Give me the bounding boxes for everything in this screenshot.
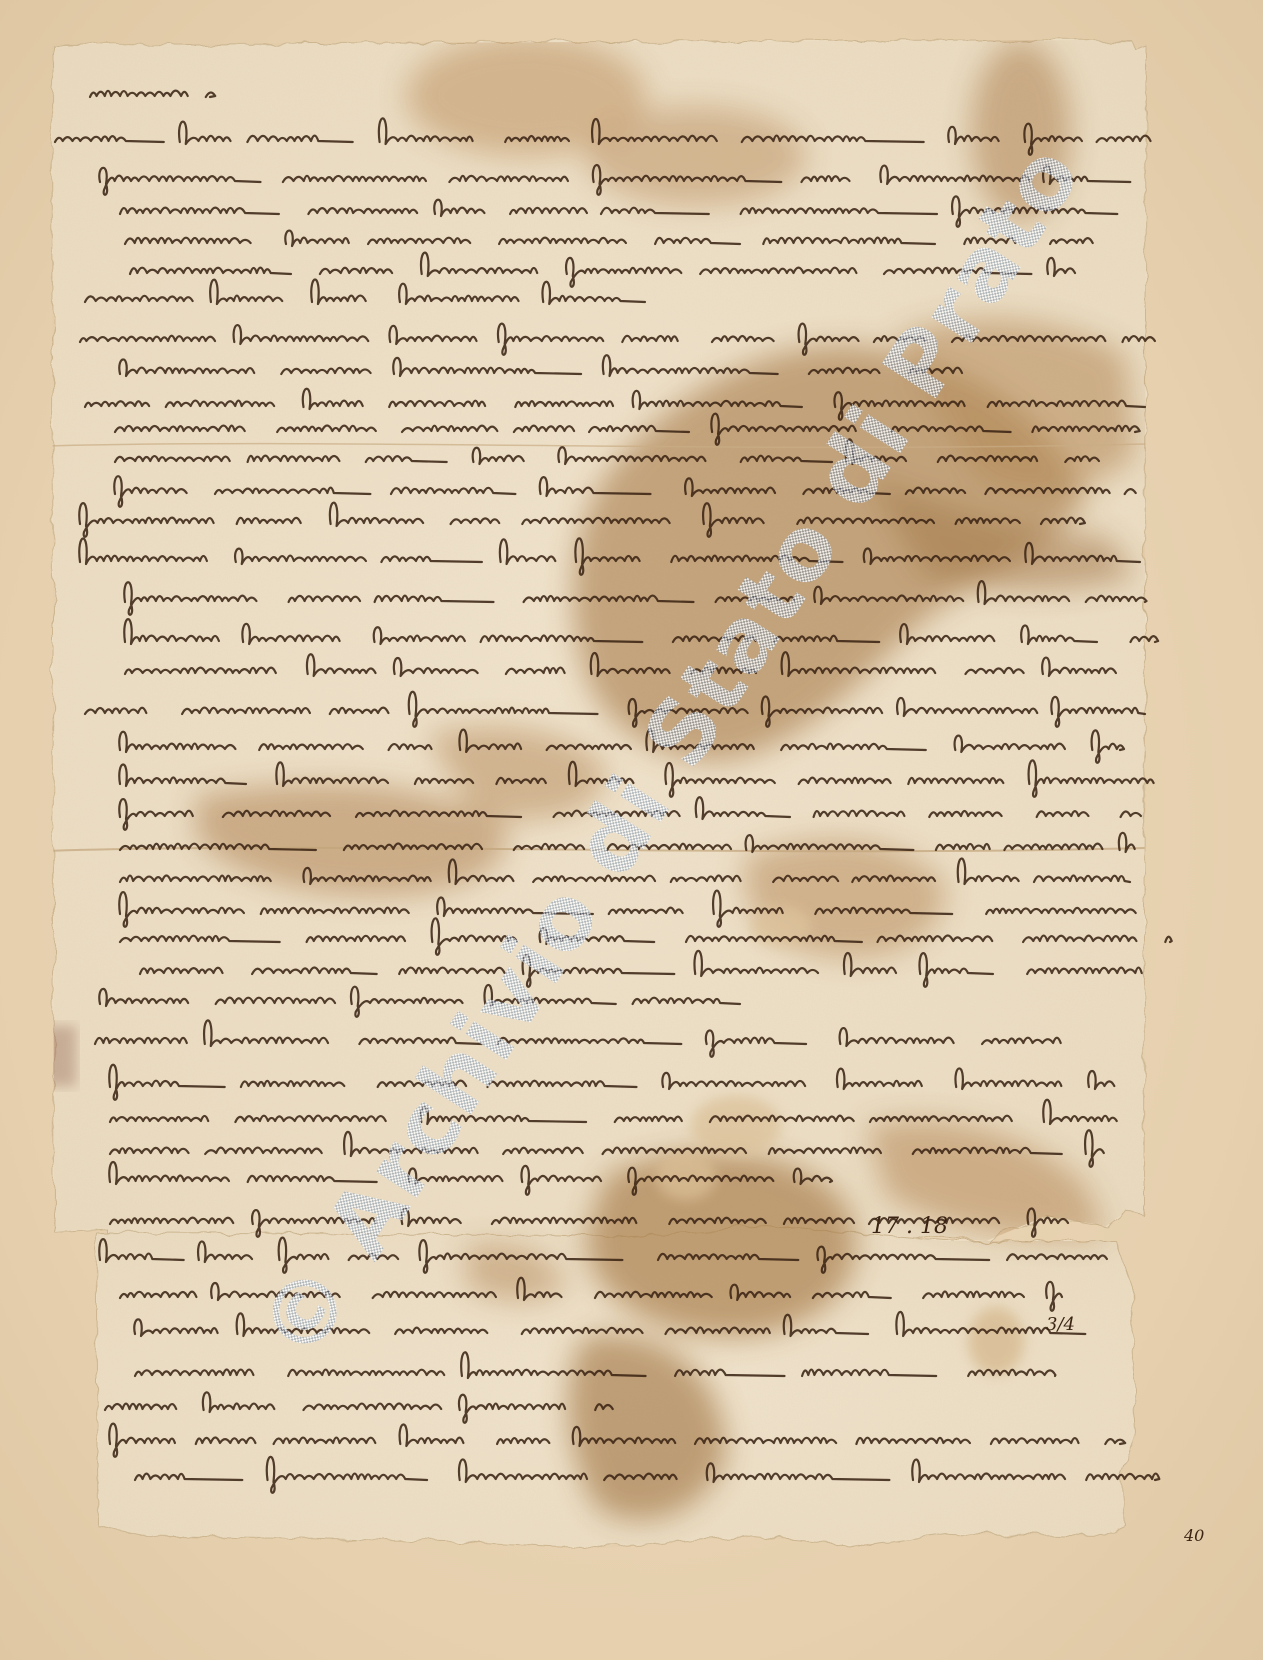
manuscript-line: [115, 439, 1099, 464]
manuscript-line: [109, 1424, 1125, 1457]
manuscript-line: [110, 1100, 1117, 1124]
manuscript-line: [55, 118, 1151, 154]
manuscript-line: [130, 253, 1075, 287]
manuscript-line: [124, 619, 1158, 644]
manuscript-line: [99, 165, 1130, 195]
manuscript-line: [119, 730, 1124, 763]
manuscript-line: [119, 355, 962, 376]
manuscript-line: [114, 476, 1135, 507]
manuscript-line: [110, 1130, 1104, 1167]
manuscript-line: [140, 951, 1142, 987]
manuscript-line: [80, 324, 1155, 355]
manuscript-line: [79, 503, 1085, 537]
manuscript-line: [79, 538, 1140, 574]
fraction-fragment: 3/4: [1046, 1314, 1075, 1335]
manuscript-line: [85, 280, 645, 304]
manuscript-line: [135, 1457, 1159, 1493]
manuscript-line: [125, 652, 1116, 676]
manuscript-line: [120, 833, 1135, 852]
manuscript-line: [109, 1065, 1114, 1100]
manuscript-line: [119, 760, 1153, 796]
manuscript-line: [99, 1238, 1107, 1273]
manuscript-line: [125, 231, 1093, 246]
manuscript-line: [134, 1312, 1085, 1336]
manuscript-line: [99, 985, 740, 1017]
handwriting-lines: [46, 36, 1216, 1596]
manuscript-line: [119, 891, 1135, 927]
manuscript-line: [85, 692, 1145, 727]
manuscript-line: [85, 389, 1145, 420]
manuscript-line: [105, 1392, 613, 1422]
manuscript-line: [124, 581, 1146, 615]
manuscript-line: [90, 91, 215, 97]
manuscript-line: [119, 797, 1141, 830]
manuscript-line: [135, 1352, 1055, 1378]
manuscript-line: [95, 1020, 1061, 1056]
manuscript-sheet: 17 . 18 3/4 40: [46, 36, 1216, 1566]
numerals-fragment: 17 . 18: [871, 1214, 948, 1239]
manuscript-line: [120, 918, 1172, 955]
manuscript-line: [109, 1162, 832, 1195]
manuscript-line: [120, 196, 1117, 226]
manuscript-line: [120, 859, 1130, 884]
page-note-fragment: 40: [1184, 1526, 1204, 1545]
manuscript-line: [120, 1278, 1062, 1311]
manuscript-line: [115, 414, 1140, 445]
